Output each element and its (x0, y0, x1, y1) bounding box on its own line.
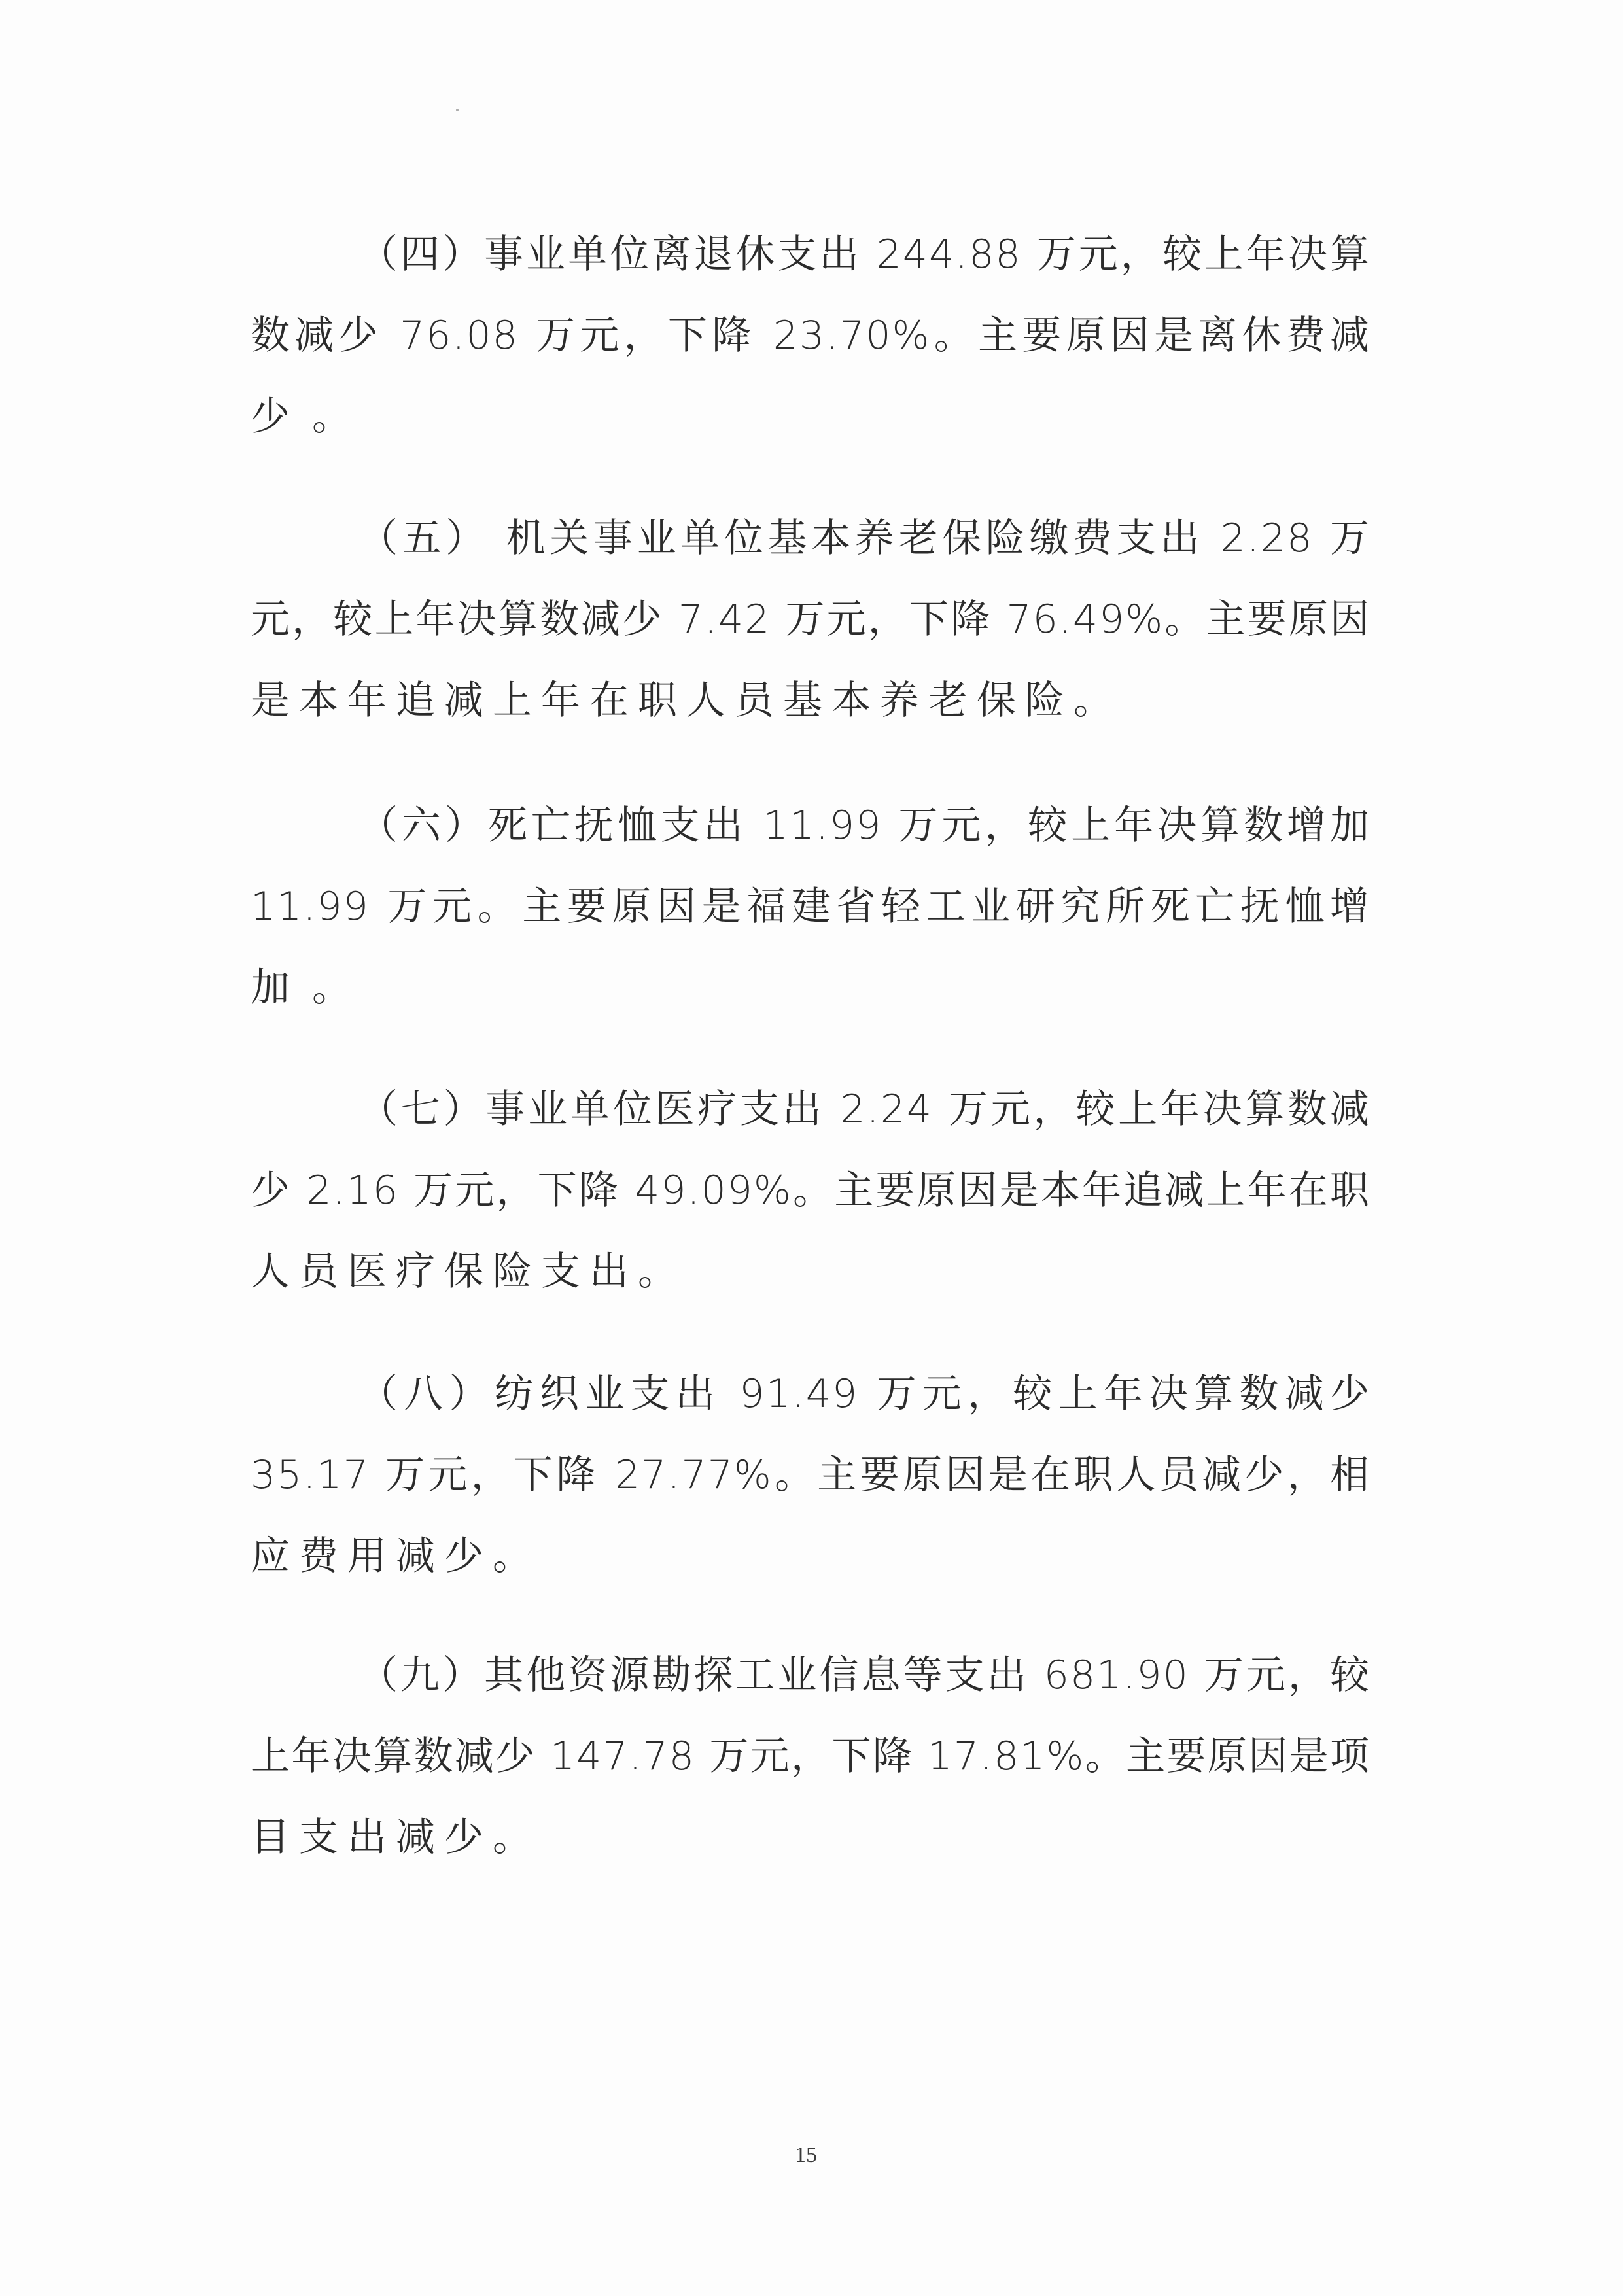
paragraph-line: 11.99 万元。主要原因是福建省轻工业研究所死亡抚恤增 (251, 886, 1370, 967)
paragraph-line: 数减少 76.08 万元，下降 23.70%。主要原因是离休费减 (251, 315, 1370, 396)
paragraph-line: （五） 机关事业单位基本养老保险缴费支出 2.28 万 (251, 518, 1370, 599)
paragraph-line: 少 2.16 万元，下降 49.09%。主要原因是本年追减上年在职 (251, 1170, 1370, 1251)
paragraph-line: （八）纺织业支出 91.49 万元，较上年决算数减少 (251, 1374, 1370, 1455)
paragraph-line: 35.17 万元，下降 27.77%。主要原因是在职人员减少，相 (251, 1455, 1370, 1536)
paragraph-7-medical-expenditure: （七）事业单位医疗支出 2.24 万元，较上年决算数减 少 2.16 万元，下降… (251, 1089, 1370, 1332)
paragraph-line: （九）其他资源勘探工业信息等支出 681.90 万元，较 (251, 1655, 1370, 1736)
scan-speck (456, 109, 459, 111)
paragraph-9-resource-exploration: （九）其他资源勘探工业信息等支出 681.90 万元，较 上年决算数减少 147… (251, 1655, 1370, 1898)
paragraph-line: 上年决算数减少 147.78 万元，下降 17.81%。主要原因是项 (251, 1736, 1370, 1817)
page-number: 15 (785, 2143, 827, 2168)
paragraph-line: 元，较上年决算数减少 7.42 万元，下降 76.49%。主要原因 (251, 599, 1370, 680)
paragraph-line: （七）事业单位医疗支出 2.24 万元，较上年决算数减 (251, 1089, 1370, 1170)
paragraph-line: 目支出减少。 (251, 1817, 1370, 1898)
paragraph-line: 应费用减少。 (251, 1536, 1370, 1617)
paragraph-4-retirement-expenditure: （四）事业单位离退休支出 244.88 万元，较上年决算 数减少 76.08 万… (251, 234, 1370, 478)
paragraph-line: （四）事业单位离退休支出 244.88 万元，较上年决算 (251, 234, 1370, 315)
paragraph-8-textile-expenditure: （八）纺织业支出 91.49 万元，较上年决算数减少 35.17 万元，下降 2… (251, 1374, 1370, 1617)
paragraph-line: 加。 (251, 967, 1370, 1049)
paragraph-line: 人员医疗保险支出。 (251, 1251, 1370, 1332)
paragraph-line: 少。 (251, 396, 1370, 478)
document-page: （四）事业单位离退休支出 244.88 万元，较上年决算 数减少 76.08 万… (0, 0, 1623, 2296)
paragraph-6-death-pension: （六）死亡抚恤支出 11.99 万元，较上年决算数增加 11.99 万元。主要原… (251, 805, 1370, 1049)
paragraph-5-pension-insurance: （五） 机关事业单位基本养老保险缴费支出 2.28 万 元，较上年决算数减少 7… (251, 518, 1370, 761)
paragraph-line: （六）死亡抚恤支出 11.99 万元，较上年决算数增加 (251, 805, 1370, 886)
paragraph-line: 是本年追减上年在职人员基本养老保险。 (251, 680, 1370, 761)
